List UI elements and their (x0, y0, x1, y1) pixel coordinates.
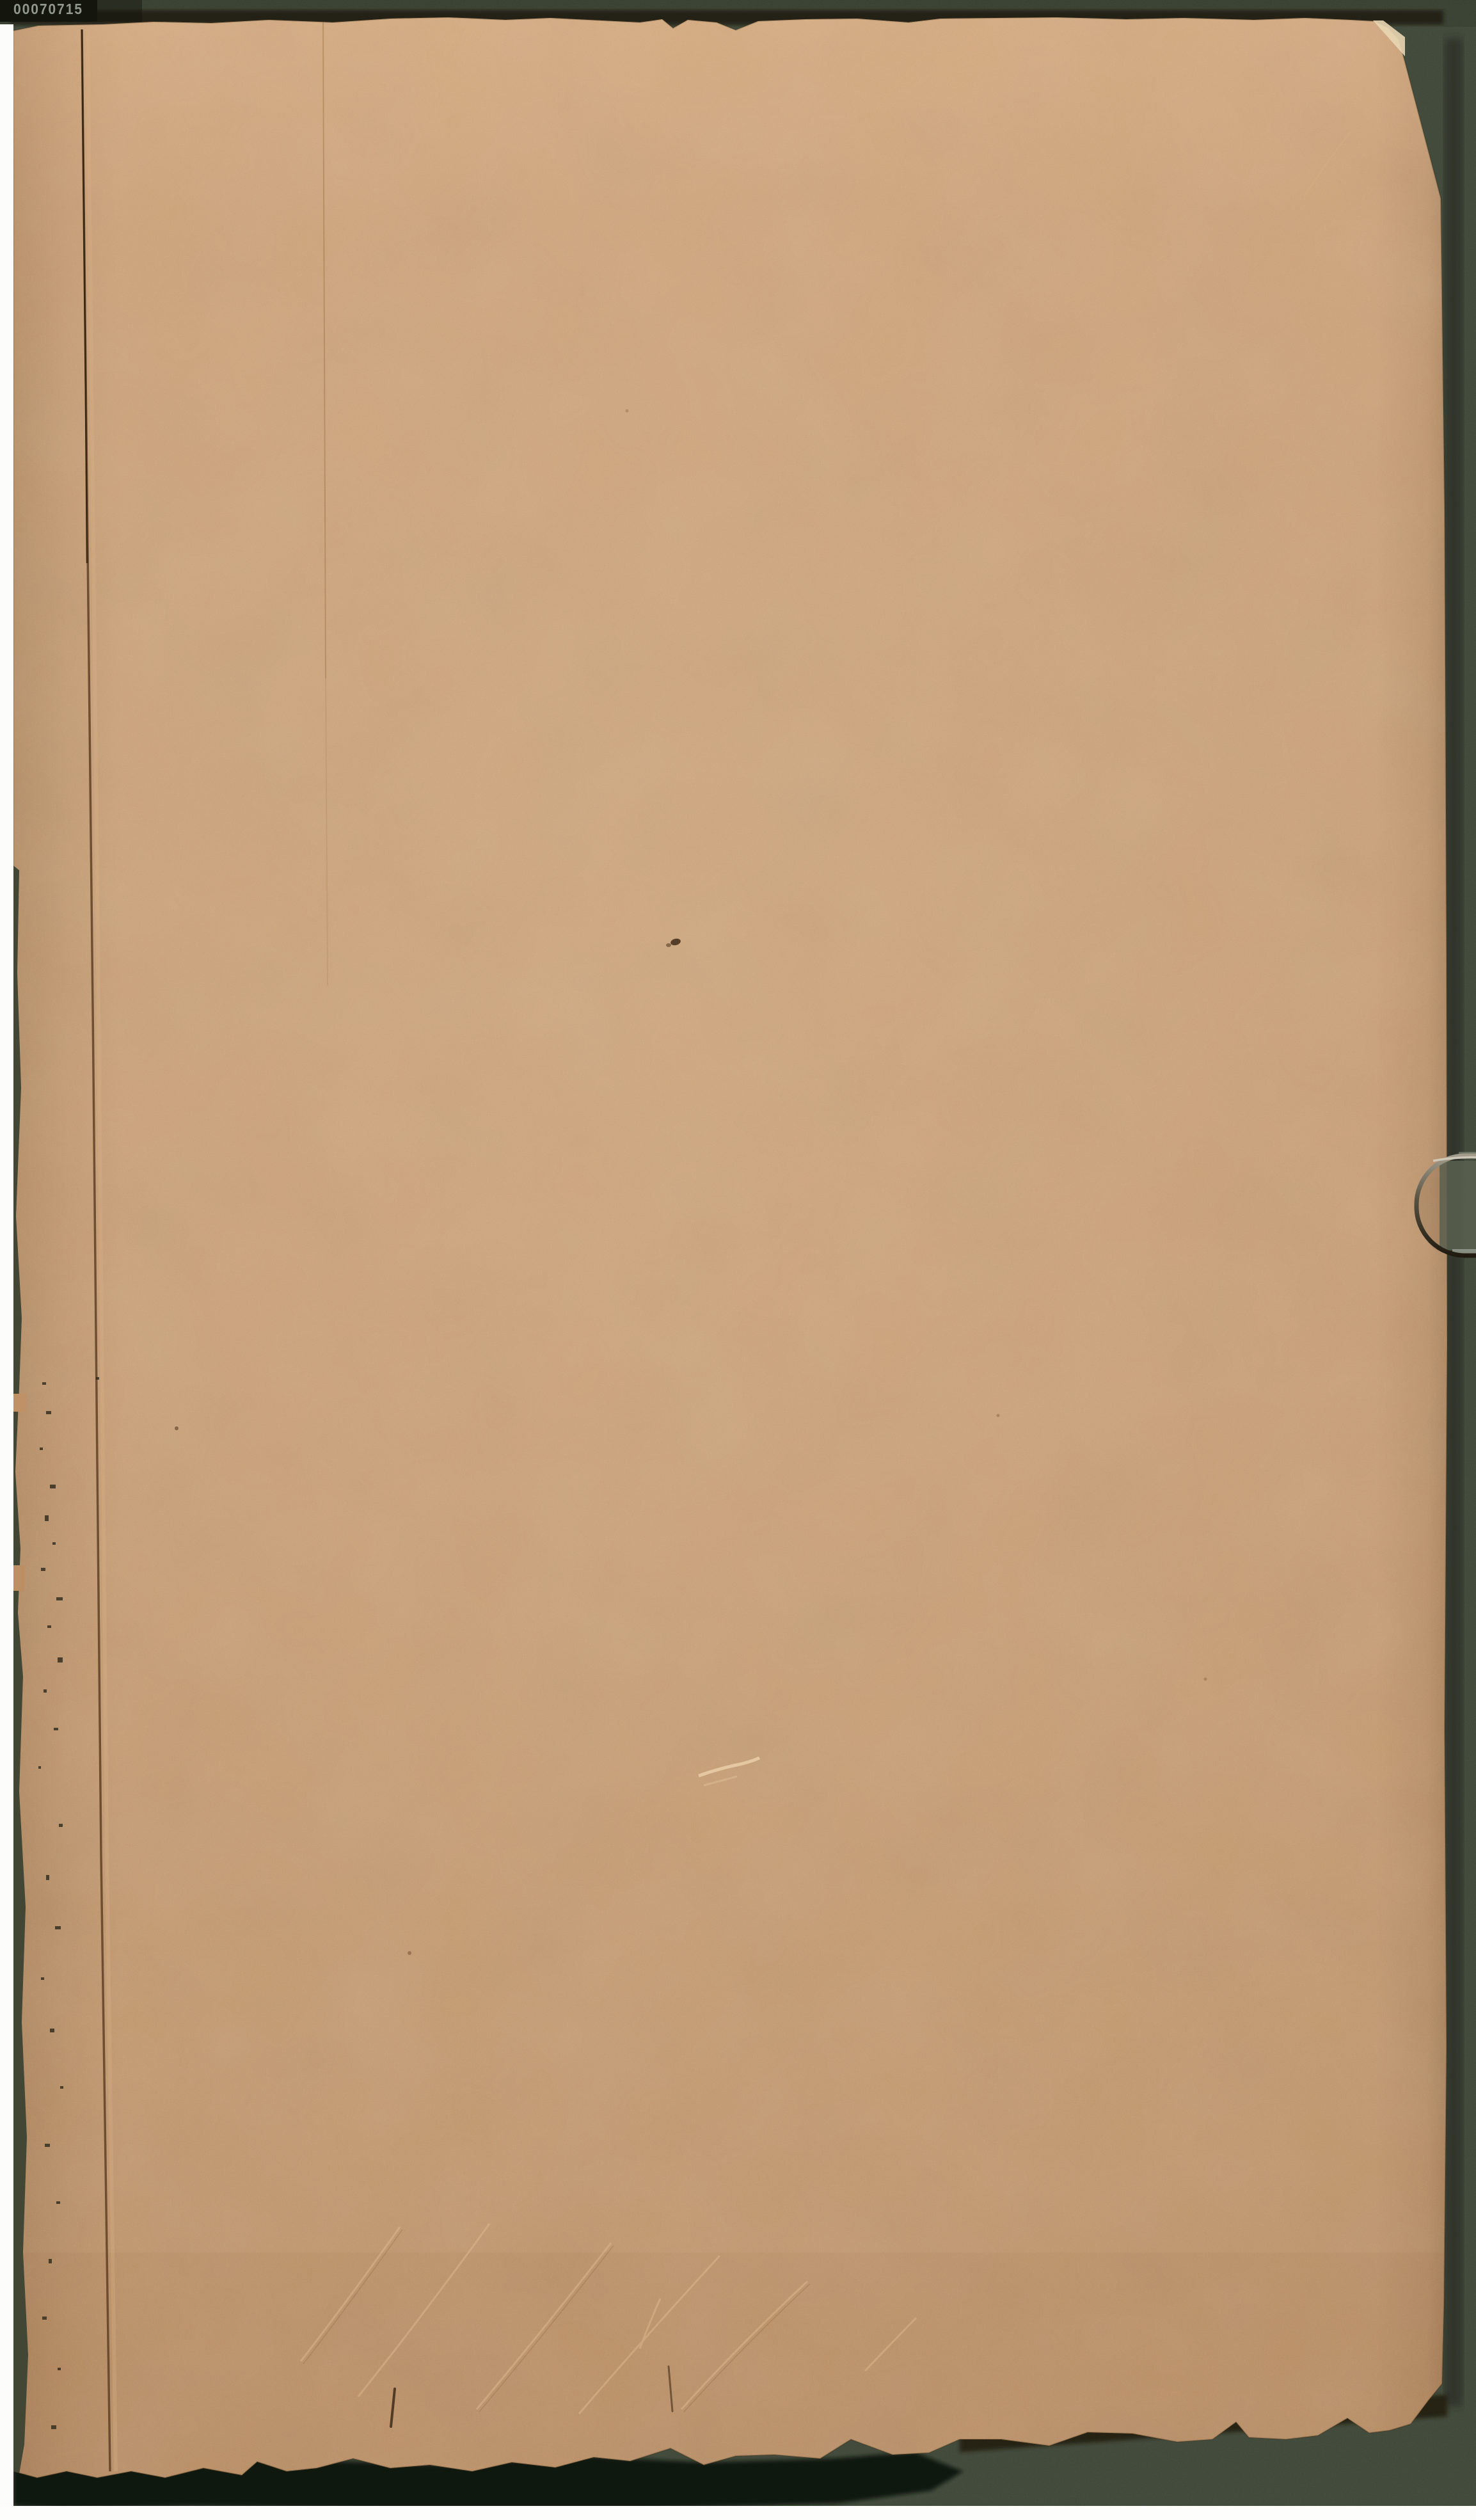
scan-edge-left (0, 24, 13, 2506)
scanned-book-page (0, 0, 1476, 2520)
spine-stripe-gap (12, 1394, 26, 1412)
id-plate-fade (97, 0, 142, 22)
scan-edge-bottom (0, 2506, 1476, 2520)
page-surface-detail (0, 0, 1476, 2520)
clip-backdrop-lighten (1440, 1161, 1476, 1250)
paper-grain-texture (0, 0, 1476, 2520)
spine-stripe-gap (12, 1565, 25, 1591)
book-scan-viewport: 00070715 (0, 0, 1476, 2520)
scan-id-label: 00070715 (13, 1, 83, 18)
